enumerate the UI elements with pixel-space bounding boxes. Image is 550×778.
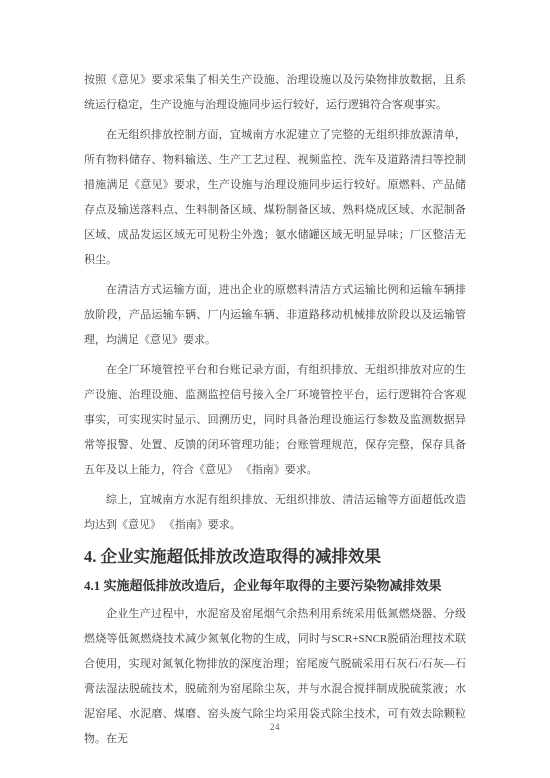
subsection-heading: 4.1 实施超低排放改造后，企业每年取得的主要污染物减排效果: [84, 573, 466, 598]
body-paragraph: 在无组织排放控制方面，宜城南方水泥建立了完整的无组织排放源清单，所有物料储存、物…: [84, 123, 466, 273]
section-heading: 4. 企业实施超低排放改造取得的减排效果: [84, 543, 466, 570]
body-paragraph: 在全厂环境管控平台和台账记录方面，有组织排放、无组织排放对应的生产设施、治理设施…: [84, 358, 466, 483]
body-paragraph: 在清洁方式运输方面，进出企业的原燃料清洁方式运输比例和运输车辆排放阶段，产品运输…: [84, 278, 466, 353]
body-paragraph: 按照《意见》要求采集了相关生产设施、治理设施以及污染物排放数据，且系统运行稳定，…: [84, 68, 466, 118]
page-number: 24: [0, 722, 550, 732]
document-page: 按照《意见》要求采集了相关生产设施、治理设施以及污染物排放数据，且系统运行稳定，…: [0, 0, 550, 778]
page-content: 按照《意见》要求采集了相关生产设施、治理设施以及污染物排放数据，且系统运行稳定，…: [84, 68, 466, 757]
body-paragraph: 综上，宜城南方水泥有组织排放、无组织排放、清洁运输等方面超低改造均达到《意见》 …: [84, 488, 466, 538]
